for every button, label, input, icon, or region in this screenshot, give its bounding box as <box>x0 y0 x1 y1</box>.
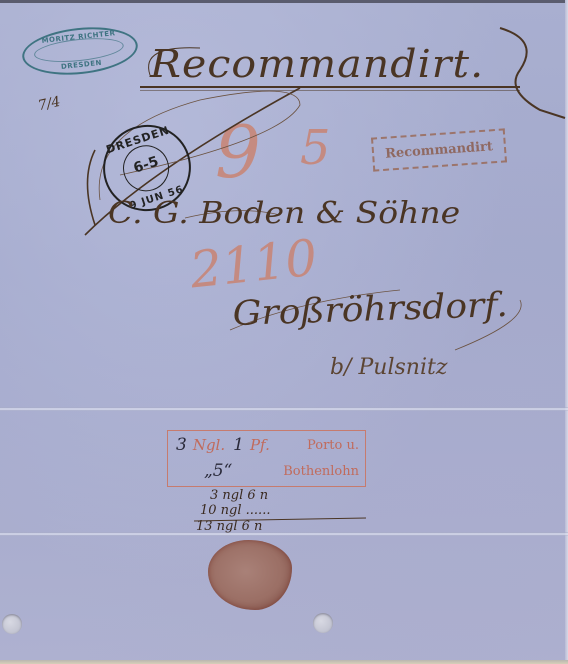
fee-bothenlohn-label: Bothenlohn <box>283 464 359 479</box>
punch-hole <box>313 613 333 633</box>
calculation-total: 13 ngl 6 n <box>196 519 262 534</box>
fee-ngl-unit: Ngl. <box>193 436 225 454</box>
red-crayon-mark: 9 <box>215 110 261 194</box>
fee-pf-amount: 1 <box>233 435 244 455</box>
fold-line <box>0 407 568 411</box>
calculation-line: 10 ngl ...... <box>200 503 270 518</box>
fold-line <box>0 532 568 536</box>
registered-heading: Recommandirt. <box>150 42 484 86</box>
bottom-edge <box>0 660 568 664</box>
addressee-via: b/ Pulsnitz <box>330 355 447 380</box>
calculation-line: 3 ngl 6 n <box>210 488 268 503</box>
fee-pf-unit: Pf. <box>250 436 270 454</box>
fee-ngl-amount: 3 <box>176 435 187 455</box>
heading-underline <box>140 86 520 88</box>
fee-bothenlohn-amount: „5“ <box>204 461 232 481</box>
postage-fee-box: 3 Ngl. 1 Pf. Porto u. „5“ Bothenlohn <box>167 430 366 487</box>
addressee-name: C. G. Boden & Söhne <box>108 196 460 231</box>
red-crayon-mark: 5 <box>300 120 331 176</box>
fee-row-porto: 3 Ngl. 1 Pf. Porto u. <box>176 433 359 457</box>
top-edge <box>0 0 568 3</box>
punch-hole <box>2 614 22 634</box>
heading-underline <box>140 90 520 91</box>
fee-porto-label: Porto u. <box>307 438 359 453</box>
fee-row-bothenlohn: „5“ Bothenlohn <box>176 459 359 483</box>
